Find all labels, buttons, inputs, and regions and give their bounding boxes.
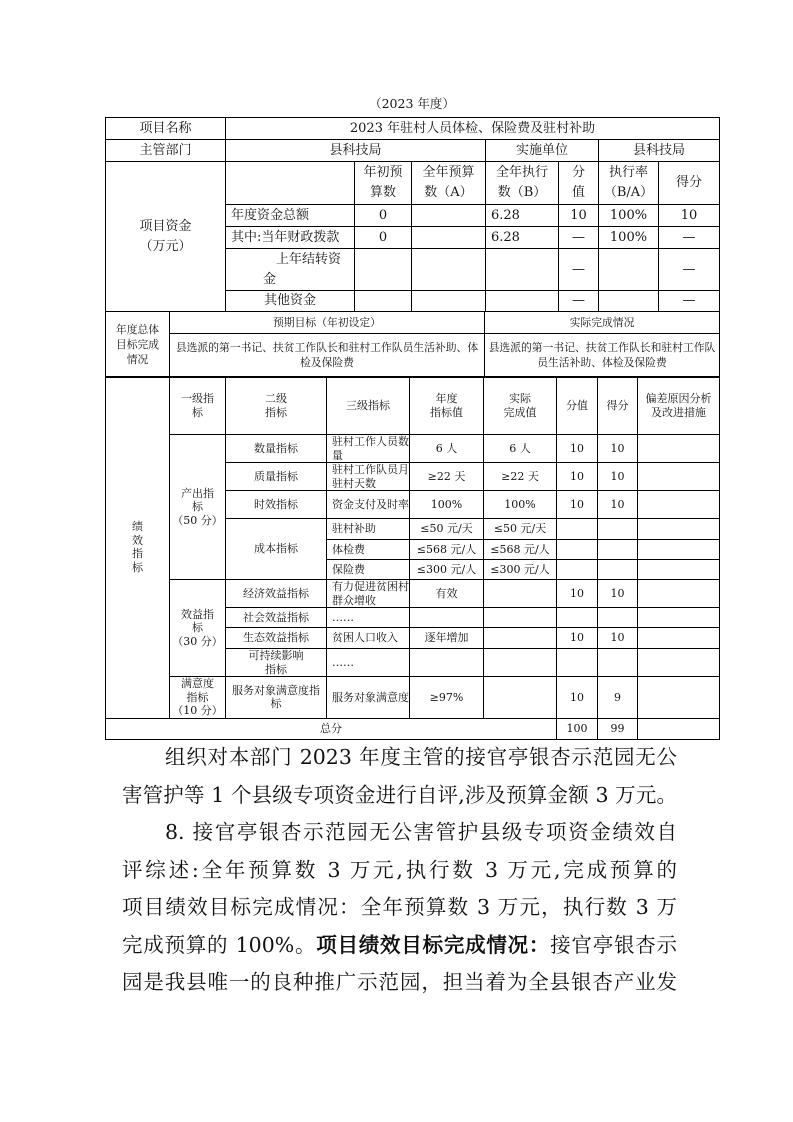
funds-row-execution-rate bbox=[599, 291, 659, 312]
indicator-target bbox=[410, 649, 484, 677]
total-label: 总分 bbox=[106, 718, 557, 739]
funds-row-name: 上年结转资 金 bbox=[226, 249, 355, 291]
indicator-weight: 10 bbox=[557, 580, 598, 608]
body-paragraphs: 组织对本部门 2023 年度主管的接官亭银杏示范园无公 害管护等 1 个县级专项… bbox=[122, 739, 677, 1002]
indicator-score: 9 bbox=[598, 677, 638, 719]
indicator-target: ≥22 天 bbox=[410, 463, 484, 491]
indicator-weight bbox=[557, 540, 598, 560]
bold-heading-inline: 项目绩效目标完成情况： bbox=[316, 933, 550, 957]
indicator-deviation bbox=[638, 649, 720, 677]
funds-label: 项目资金 （万元） bbox=[106, 162, 226, 312]
indicator-weight: 10 bbox=[557, 463, 598, 491]
goals-expected-header: 预期目标（年初设定） bbox=[170, 311, 485, 333]
goals-actual-header: 实际完成情况 bbox=[485, 311, 720, 333]
indicator-deviation bbox=[638, 677, 720, 719]
project-name-row: 项目名称 2023 年驻村人员体检、保险费及驻村补助 bbox=[106, 118, 720, 140]
funds-row-annual-executed: 6.28 bbox=[486, 227, 559, 249]
indicator-level2: 成本指标 bbox=[226, 519, 327, 580]
department-label: 主管部门 bbox=[106, 140, 226, 162]
funds-row-weight: — bbox=[559, 227, 599, 249]
funds-row-annual-budget bbox=[412, 249, 486, 291]
indicator-level2: 可持续影响 指标 bbox=[226, 649, 327, 677]
indicator-target: 6 人 bbox=[410, 435, 484, 463]
header-deviation: 偏差原因分析 及改进措施 bbox=[638, 377, 720, 435]
indicator-level3: …… bbox=[327, 608, 410, 628]
indicator-weight bbox=[557, 560, 598, 580]
funds-row-annual-budget bbox=[412, 205, 486, 227]
indicator-level3: 资金支付及时率 bbox=[327, 491, 410, 519]
header-level2: 二级 指标 bbox=[226, 377, 327, 435]
funds-header-annual-executed: 全年执行 数（B） bbox=[486, 162, 559, 205]
implementer-label: 实施单位 bbox=[486, 140, 599, 162]
indicator-deviation bbox=[638, 463, 720, 491]
indicators-header-row: 绩 效 指 标 一级指 标 二级 指标 三级指标 年度 指标值 实际 完成值 分… bbox=[106, 377, 720, 435]
indicator-actual bbox=[484, 608, 557, 628]
indicator-level2: 社会效益指标 bbox=[226, 608, 327, 628]
funds-row-score: 10 bbox=[659, 205, 720, 227]
indicator-weight bbox=[557, 649, 598, 677]
indicator-level2: 数量指标 bbox=[226, 435, 327, 463]
total-score: 99 bbox=[598, 718, 638, 739]
goals-expected-text: 县选派的第一书记、扶贫工作队长和驻村工作队员生活补助、体检及保险费 bbox=[170, 333, 485, 377]
category-satisfaction: 满意度 指标 （10 分） bbox=[170, 677, 226, 719]
indicator-target: 100% bbox=[410, 491, 484, 519]
funds-header-execution-rate: 执行率 （B/A） bbox=[599, 162, 659, 205]
goals-actual-text: 县选派的第一书记、扶贫工作队长和驻村工作队员生活补助、体检及保险费 bbox=[485, 333, 720, 377]
indicator-actual: ≤300 元/人 bbox=[484, 560, 557, 580]
indicator-deviation bbox=[638, 628, 720, 649]
indicator-deviation bbox=[638, 540, 720, 560]
funds-row-weight: — bbox=[559, 249, 599, 291]
total-deviation bbox=[638, 718, 720, 739]
indicator-score bbox=[598, 540, 638, 560]
funds-row-weight: — bbox=[559, 291, 599, 312]
indicator-deviation bbox=[638, 580, 720, 608]
goals-content-row: 县选派的第一书记、扶贫工作队长和驻村工作队员生活补助、体检及保险费 县选派的第一… bbox=[106, 333, 720, 377]
funds-row-weight: 10 bbox=[559, 205, 599, 227]
funds-row-annual-budget bbox=[412, 291, 486, 312]
category-output: 产出指 标 （50 分） bbox=[170, 435, 226, 580]
funds-row-name: 其他资金 bbox=[226, 291, 355, 312]
indicator-level3: 有力促进贫困村群众增收 bbox=[327, 580, 410, 608]
indicator-target: ≤568 元/人 bbox=[410, 540, 484, 560]
funds-row-annual-executed bbox=[486, 249, 559, 291]
indicator-score bbox=[598, 608, 638, 628]
indicator-weight bbox=[557, 608, 598, 628]
annual-goals-table: 年度总体 目标完成 情况 预期目标（年初设定） 实际完成情况 县选派的第一书记、… bbox=[105, 311, 720, 378]
funds-row-score: — bbox=[659, 249, 720, 291]
indicator-row: 满意度 指标 （10 分） 服务对象满意度指 标 服务对象满意度 ≥97% 10… bbox=[106, 677, 720, 719]
indicator-level2: 质量指标 bbox=[226, 463, 327, 491]
header-weight: 分值 bbox=[557, 377, 598, 435]
indicator-deviation bbox=[638, 608, 720, 628]
header-level3: 三级指标 bbox=[327, 377, 410, 435]
goals-header-row: 年度总体 目标完成 情况 预期目标（年初设定） 实际完成情况 bbox=[106, 311, 720, 333]
funds-header-item bbox=[226, 162, 355, 205]
indicator-level2: 服务对象满意度指 标 bbox=[226, 677, 327, 719]
indicator-actual: 100% bbox=[484, 491, 557, 519]
indicator-level2: 生态效益指标 bbox=[226, 628, 327, 649]
year-caption: （2023 年度） bbox=[105, 96, 719, 112]
indicator-score: 10 bbox=[598, 435, 638, 463]
funds-row-initial-budget: 0 bbox=[355, 205, 412, 227]
total-weight: 100 bbox=[557, 718, 598, 739]
indicator-level3: 保险费 bbox=[327, 560, 410, 580]
indicator-actual: ≤568 元/人 bbox=[484, 540, 557, 560]
goals-label: 年度总体 目标完成 情况 bbox=[106, 311, 170, 377]
indicator-weight: 10 bbox=[557, 677, 598, 719]
indicator-target: ≤300 元/人 bbox=[410, 560, 484, 580]
paragraph-line: 8. 接官亭银杏示范园无公害管护县级专项资金绩效自 bbox=[122, 814, 677, 852]
funds-row-annual-executed: 6.28 bbox=[486, 205, 559, 227]
indicator-level3: 驻村补助 bbox=[327, 519, 410, 540]
funds-header-initial-budget: 年初预 算数 bbox=[355, 162, 412, 205]
indicator-level3: …… bbox=[327, 649, 410, 677]
project-name-value: 2023 年驻村人员体检、保险费及驻村补助 bbox=[226, 118, 720, 140]
indicator-score bbox=[598, 519, 638, 540]
line-text-before: 完成预算的 100%。 bbox=[122, 933, 316, 957]
funds-row-score: — bbox=[659, 227, 720, 249]
indicator-level3: 体检费 bbox=[327, 540, 410, 560]
indicator-weight: 10 bbox=[557, 491, 598, 519]
indicator-level3: 贫困人口收入 bbox=[327, 628, 410, 649]
indicator-level2: 时效指标 bbox=[226, 491, 327, 519]
header-target: 年度 指标值 bbox=[410, 377, 484, 435]
category-benefit: 效益指 标 （30 分） bbox=[170, 580, 226, 677]
funds-row-name: 其中:当年财政拨款 bbox=[226, 227, 355, 249]
indicator-score: 10 bbox=[598, 628, 638, 649]
funds-row-score: — bbox=[659, 291, 720, 312]
department-row: 主管部门 县科技局 实施单位 县科技局 bbox=[106, 140, 720, 162]
indicator-row: 产出指 标 （50 分） 数量指标 驻村工作人员数量 6 人 6 人 10 10 bbox=[106, 435, 720, 463]
header-score: 得分 bbox=[598, 377, 638, 435]
indicator-level2: 经济效益指标 bbox=[226, 580, 327, 608]
funds-header-row: 项目资金 （万元） 年初预 算数 全年预算 数（A） 全年执行 数（B） 分 值… bbox=[106, 162, 720, 205]
paragraph-line: 组织对本部门 2023 年度主管的接官亭银杏示范园无公 bbox=[122, 739, 677, 777]
indicator-score: 10 bbox=[598, 580, 638, 608]
indicator-actual: ≥22 天 bbox=[484, 463, 557, 491]
funds-row-annual-budget bbox=[412, 227, 486, 249]
indicator-actual: ≤50 元/天 bbox=[484, 519, 557, 540]
performance-indicators-table: 绩 效 指 标 一级指 标 二级 指标 三级指标 年度 指标值 实际 完成值 分… bbox=[105, 376, 720, 740]
paragraph-line: 害管护等 1 个县级专项资金进行自评,涉及预算金额 3 万元。 bbox=[122, 777, 677, 815]
paragraph-line: 评综述:全年预算数 3 万元,执行数 3 万元,完成预算的 100%。 bbox=[122, 852, 677, 890]
indicator-weight: 10 bbox=[557, 435, 598, 463]
funds-header-score: 得分 bbox=[659, 162, 720, 205]
indicator-target: 逐年增加 bbox=[410, 628, 484, 649]
paragraph-line: 园是我县唯一的良种推广示范园，担当着为全县银杏产业发 bbox=[122, 964, 677, 1002]
performance-evaluation-form: 项目名称 2023 年驻村人员体检、保险费及驻村补助 主管部门 县科技局 实施单… bbox=[105, 117, 719, 740]
indicator-deviation bbox=[638, 519, 720, 540]
funds-row-name: 年度资金总额 bbox=[226, 205, 355, 227]
indicator-deviation bbox=[638, 435, 720, 463]
indicator-target bbox=[410, 608, 484, 628]
funds-row-initial-budget bbox=[355, 249, 412, 291]
total-row: 总分 100 99 bbox=[106, 718, 720, 739]
indicator-deviation bbox=[638, 560, 720, 580]
project-summary-table: 项目名称 2023 年驻村人员体检、保险费及驻村补助 主管部门 县科技局 实施单… bbox=[105, 117, 720, 312]
header-level1: 一级指 标 bbox=[170, 377, 226, 435]
performance-section-label: 绩 效 指 标 bbox=[106, 377, 170, 719]
funds-row-initial-budget bbox=[355, 291, 412, 312]
funds-row-annual-executed bbox=[486, 291, 559, 312]
indicator-score bbox=[598, 560, 638, 580]
funds-row-execution-rate: 100% bbox=[599, 205, 659, 227]
indicator-weight: 10 bbox=[557, 628, 598, 649]
indicator-score bbox=[598, 649, 638, 677]
indicator-actual: 6 人 bbox=[484, 435, 557, 463]
indicator-level3: 驻村工作人员数量 bbox=[327, 435, 410, 463]
indicator-weight bbox=[557, 519, 598, 540]
indicator-actual bbox=[484, 649, 557, 677]
indicator-level3: 驻村工作队员月驻村天数 bbox=[327, 463, 410, 491]
indicator-target: ≤50 元/天 bbox=[410, 519, 484, 540]
project-name-label: 项目名称 bbox=[106, 118, 226, 140]
funds-row-execution-rate bbox=[599, 249, 659, 291]
indicator-actual bbox=[484, 677, 557, 719]
funds-header-annual-budget: 全年预算 数（A） bbox=[412, 162, 486, 205]
indicator-actual bbox=[484, 628, 557, 649]
paragraph-line: 项目绩效目标完成情况：全年预算数 3 万元，执行数 3 万元， bbox=[122, 889, 677, 927]
paragraph-line-mixed: 完成预算的 100%。项目绩效目标完成情况：接官亭银杏示范 bbox=[122, 927, 677, 965]
funds-row-execution-rate: 100% bbox=[599, 227, 659, 249]
implementer-value: 县科技局 bbox=[599, 140, 720, 162]
indicator-score: 10 bbox=[598, 463, 638, 491]
indicator-row: 效益指 标 （30 分） 经济效益指标 有力促进贫困村群众增收 有效 10 10 bbox=[106, 580, 720, 608]
indicator-deviation bbox=[638, 491, 720, 519]
indicator-actual bbox=[484, 580, 557, 608]
funds-row-initial-budget: 0 bbox=[355, 227, 412, 249]
header-actual: 实际 完成值 bbox=[484, 377, 557, 435]
indicator-target: ≥97% bbox=[410, 677, 484, 719]
funds-header-weight: 分 值 bbox=[559, 162, 599, 205]
department-value: 县科技局 bbox=[226, 140, 486, 162]
indicator-level3: 服务对象满意度 bbox=[327, 677, 410, 719]
indicator-score: 10 bbox=[598, 491, 638, 519]
indicator-target: 有效 bbox=[410, 580, 484, 608]
